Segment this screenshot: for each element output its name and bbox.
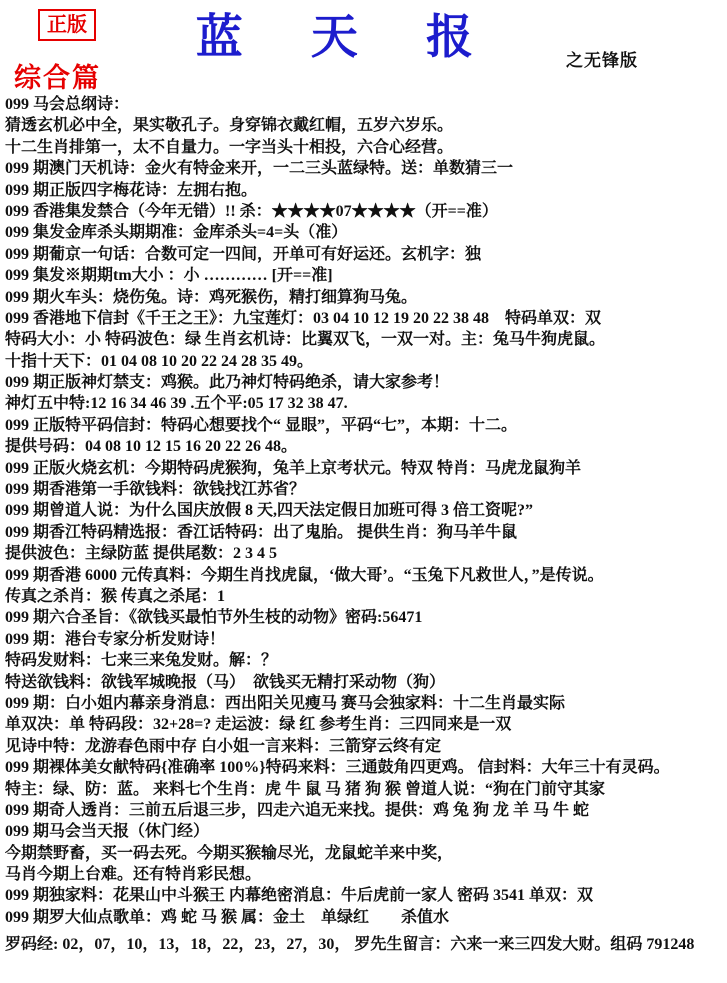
report-line: 099 期曾道人说：为什么国庆放假 8 天,四天法定假日加班可得 3 倍工资呢?… (5, 500, 727, 521)
report-line: 见诗中特：龙游春色雨中存 白小姐一言来料：三箭穿云终有定 (5, 736, 727, 757)
report-line: 099 期马会当天报（休门经） (5, 821, 727, 842)
report-line: 099 期正版四字梅花诗：左拥右抱。 (5, 180, 727, 201)
edition-label: 之无锋版 (566, 46, 638, 71)
report-line: 099 马会总纲诗： (5, 94, 727, 115)
report-line: 099 期：白小姐内幕亲身消息：西出阳关见瘦马 赛马会独家料：十二生肖最实际 (5, 693, 727, 714)
report-line: 传真之杀肖：猴 传真之杀尾：1 (5, 586, 727, 607)
report-line: 提供波色：主绿防蓝 提供尾数：2 3 4 5 (5, 543, 727, 564)
report-line: 特码大小：小 特码波色：绿 生肖玄机诗：比翼双飞，一双一对。主：兔马牛狗虎鼠。 (5, 329, 727, 350)
report-line: 099 香港地下信封《千王之王》：九宝莲灯：03 04 10 12 19 20 … (5, 308, 727, 329)
report-line: 特送欲钱料：欲钱军城晚报（马） 欲钱买无精打采动物（狗） (5, 672, 727, 693)
report-line: 神灯五中特:12 16 34 46 39 .五个平:05 17 32 38 47… (5, 393, 727, 414)
report-line: 099 期罗大仙点歌单：鸡 蛇 马 猴 属：金土 单绿红 杀值水 (5, 907, 727, 928)
report-line: 099 期火车头：烧伤兔。诗：鸡死猴伤，精打细算狗马兔。 (5, 287, 727, 308)
report-lines: 099 马会总纲诗：猜透玄机必中全，果实敬孔子。身穿锦衣戴红帽，五岁六岁乐。十二… (5, 94, 727, 956)
report-line: 特主：绿、防：蓝。 来料七个生肖：虎 牛 鼠 马 猪 狗 猴 曾道人说：“狗在门… (5, 779, 727, 800)
report-line: 099 期：港台专家分析发财诗！ (5, 629, 727, 650)
report-line: 099 期裸体美女献特码{准确率 100%}特码来料：三通鼓角四更鸡。 信封料：… (5, 757, 727, 778)
section-heading: 综合篇 (14, 56, 101, 95)
blue-sky-report-page: 正版 蓝 天 报 之无锋版 综合篇 099 马会总纲诗：猜透玄机必中全，果实敬孔… (0, 0, 727, 983)
report-line: 罗码经: 02，07，10，13，18，22，23，27，30， 罗先生留言：六… (5, 934, 727, 955)
report-line: 十二生肖排第一，太不自量力。一字当头十相投，六合心经营。 (5, 137, 727, 158)
report-line: 099 期葡京一句话：合数可定一四间，开单可有好运还。玄机字：独 (5, 244, 727, 265)
report-line: 099 期香港 6000 元传真料：今期生肖找虎鼠，‘做大哥’。“玉兔下凡救世人… (5, 565, 727, 586)
report-line: 099 期独家料：花果山中斗猴王 内幕绝密消息：牛后虎前一家人 密码 3541 … (5, 885, 727, 906)
report-line: 099 期奇人透肖：三前五后退三步，四走六追无来找。提供：鸡 兔 狗 龙 羊 马… (5, 800, 727, 821)
report-line: 今期禁野畜，买一码去死。今期买猴输尽光，龙鼠蛇羊来中奖， (5, 843, 727, 864)
report-line: 099 期香江特码精选报：香江话特码：出了鬼胎。 提供生肖：狗马羊牛鼠 (5, 522, 727, 543)
report-line: 猜透玄机必中全，果实敬孔子。身穿锦衣戴红帽，五岁六岁乐。 (5, 115, 727, 136)
report-line: 单双决：单 特码段：32+28=? 走运波：绿 红 参考生肖：三四同来是一双 (5, 714, 727, 735)
report-line: 特码发财料：七来三来兔发财。解：？ (5, 650, 727, 671)
report-line: 马肖今期上台难。还有特肖彩民想。 (5, 864, 727, 885)
report-line: 099 正版特平码信封：特码心想要找个“ 显眼”，平码“七”，本期：十二。 (5, 415, 727, 436)
report-line: 099 集发※期期tm大小 ：小 ………… [开==准] (5, 265, 727, 286)
report-line: 099 期六合圣旨：《欲钱买最怕节外生枝的动物》密码:56471 (5, 607, 727, 628)
report-line: 099 正版火烧玄机：今期特码虎猴狗，兔羊上京考状元。特双 特肖：马虎龙鼠狗羊 (5, 458, 727, 479)
report-line: 099 期正版神灯禁支：鸡猴。此乃神灯特码绝杀，请大家参考！ (5, 372, 727, 393)
report-line: 十指十天下：01 04 08 10 20 22 24 28 35 49。 (5, 351, 727, 372)
report-line: 099 集发金库杀头期期准：金库杀头=4=头（准） (5, 222, 727, 243)
report-line: 099 期澳门天机诗：金火有特金来开，一二三头蓝绿特。送：单数猜三一 (5, 158, 727, 179)
report-line: 提供号码：04 08 10 12 15 16 20 22 26 48。 (5, 436, 727, 457)
report-line: 099 香港集发禁合（今年无错）!! 杀：★★★★07★★★★（开==准） (5, 201, 727, 222)
report-line: 099 期香港第一手欲钱料：欲钱找江苏省？ (5, 479, 727, 500)
